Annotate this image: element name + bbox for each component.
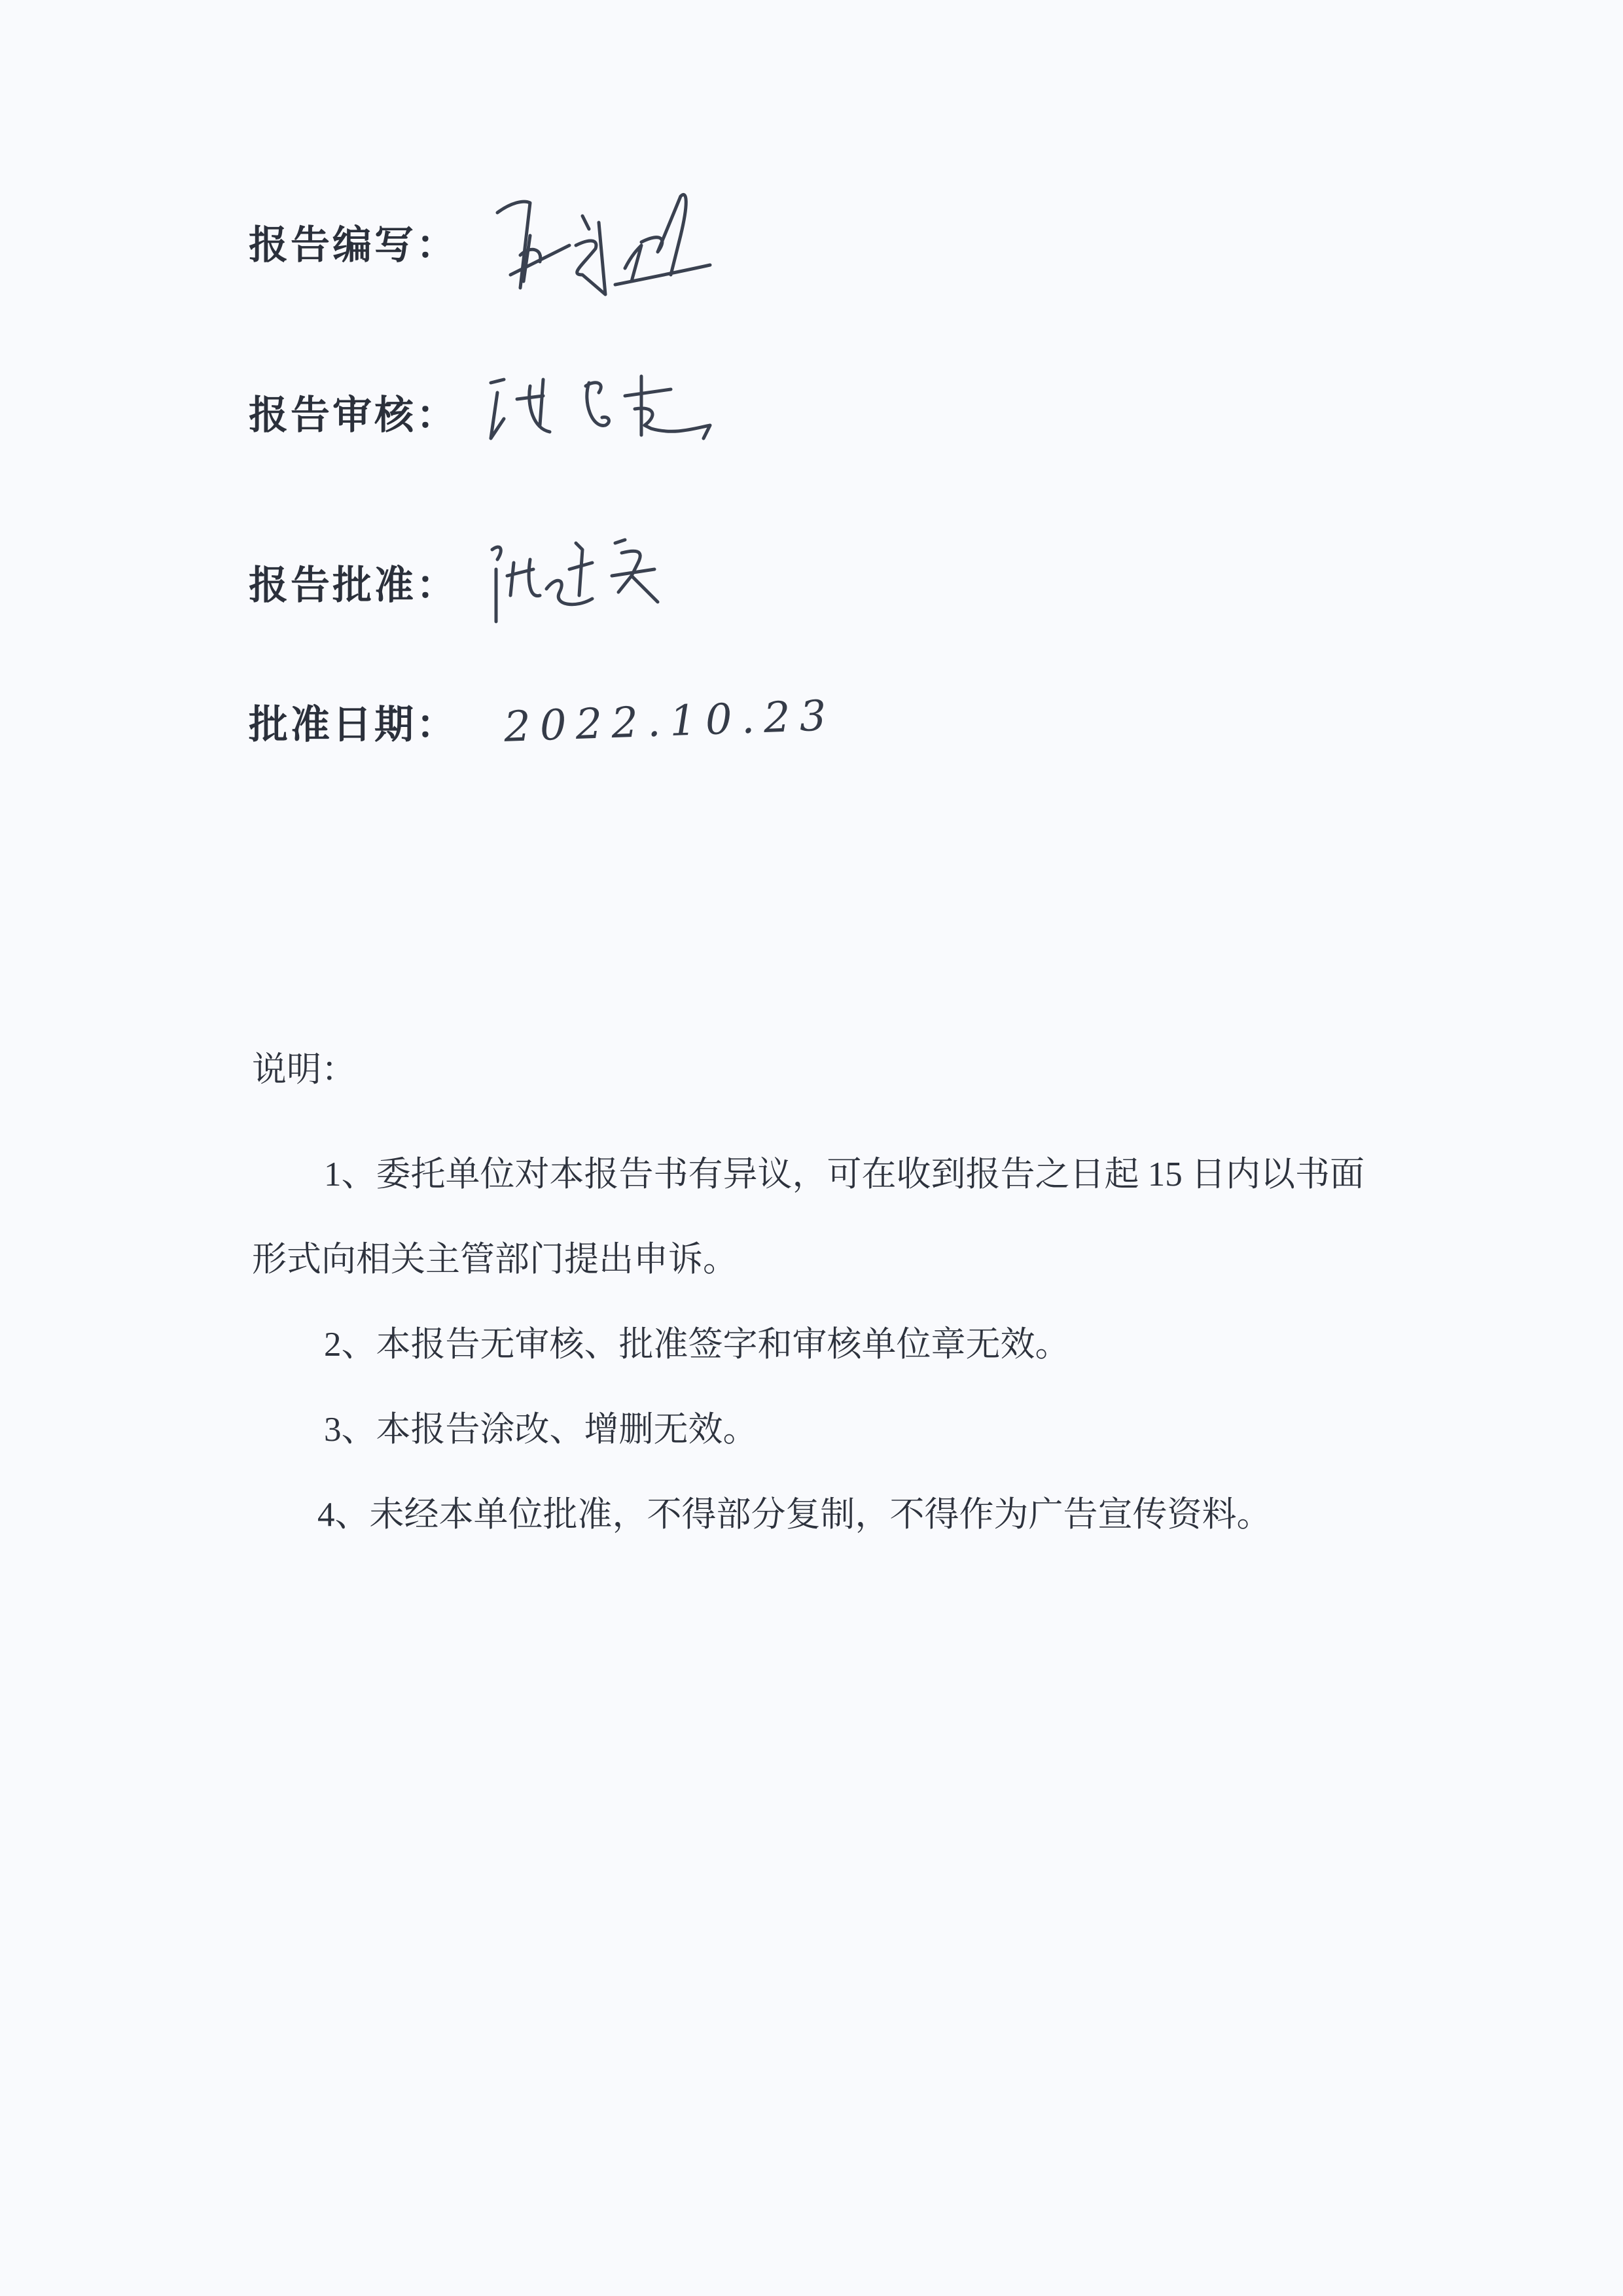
note-item-1: 1、委托单位对本报告书有异议，可在收到报告之日起 15 日内以书面形式向相关主管…	[252, 1132, 1397, 1302]
field-label-report-approver: 报告批准：	[249, 554, 458, 610]
field-report-author: 报告编写：	[249, 183, 720, 301]
note-item-3: 3、本报告涂改、增删无效。	[252, 1387, 1397, 1472]
field-label-report-author: 报告编写：	[249, 214, 458, 270]
note-item-2: 2、本报告无审核、批准签字和审核单位章无效。	[252, 1302, 1397, 1387]
handwritten-signature-reviewer	[484, 366, 733, 458]
field-approval-date: 批准日期： 2022.10.23	[249, 694, 835, 750]
handwritten-signature-author	[484, 183, 720, 301]
field-label-approval-date: 批准日期：	[249, 694, 458, 750]
document-page: 报告编写： 报告审核： 报告批准： 批准日期： 2022.10.23	[0, 0, 1623, 2296]
field-report-approver: 报告批准：	[249, 523, 694, 641]
notes-title: 说明：	[252, 1047, 1397, 1093]
handwritten-approval-date: 2022.10.23	[503, 692, 836, 752]
notes-section: 说明： 1、委托单位对本报告书有异议，可在收到报告之日起 15 日内以书面形式向…	[252, 1047, 1397, 1557]
field-report-reviewer: 报告审核：	[249, 366, 733, 458]
note-item-4: 4、未经本单位批准，不得部分复制，不得作为广告宣传资料。	[252, 1472, 1397, 1557]
field-label-report-reviewer: 报告审核：	[249, 384, 458, 440]
handwritten-signature-approver	[484, 523, 694, 641]
